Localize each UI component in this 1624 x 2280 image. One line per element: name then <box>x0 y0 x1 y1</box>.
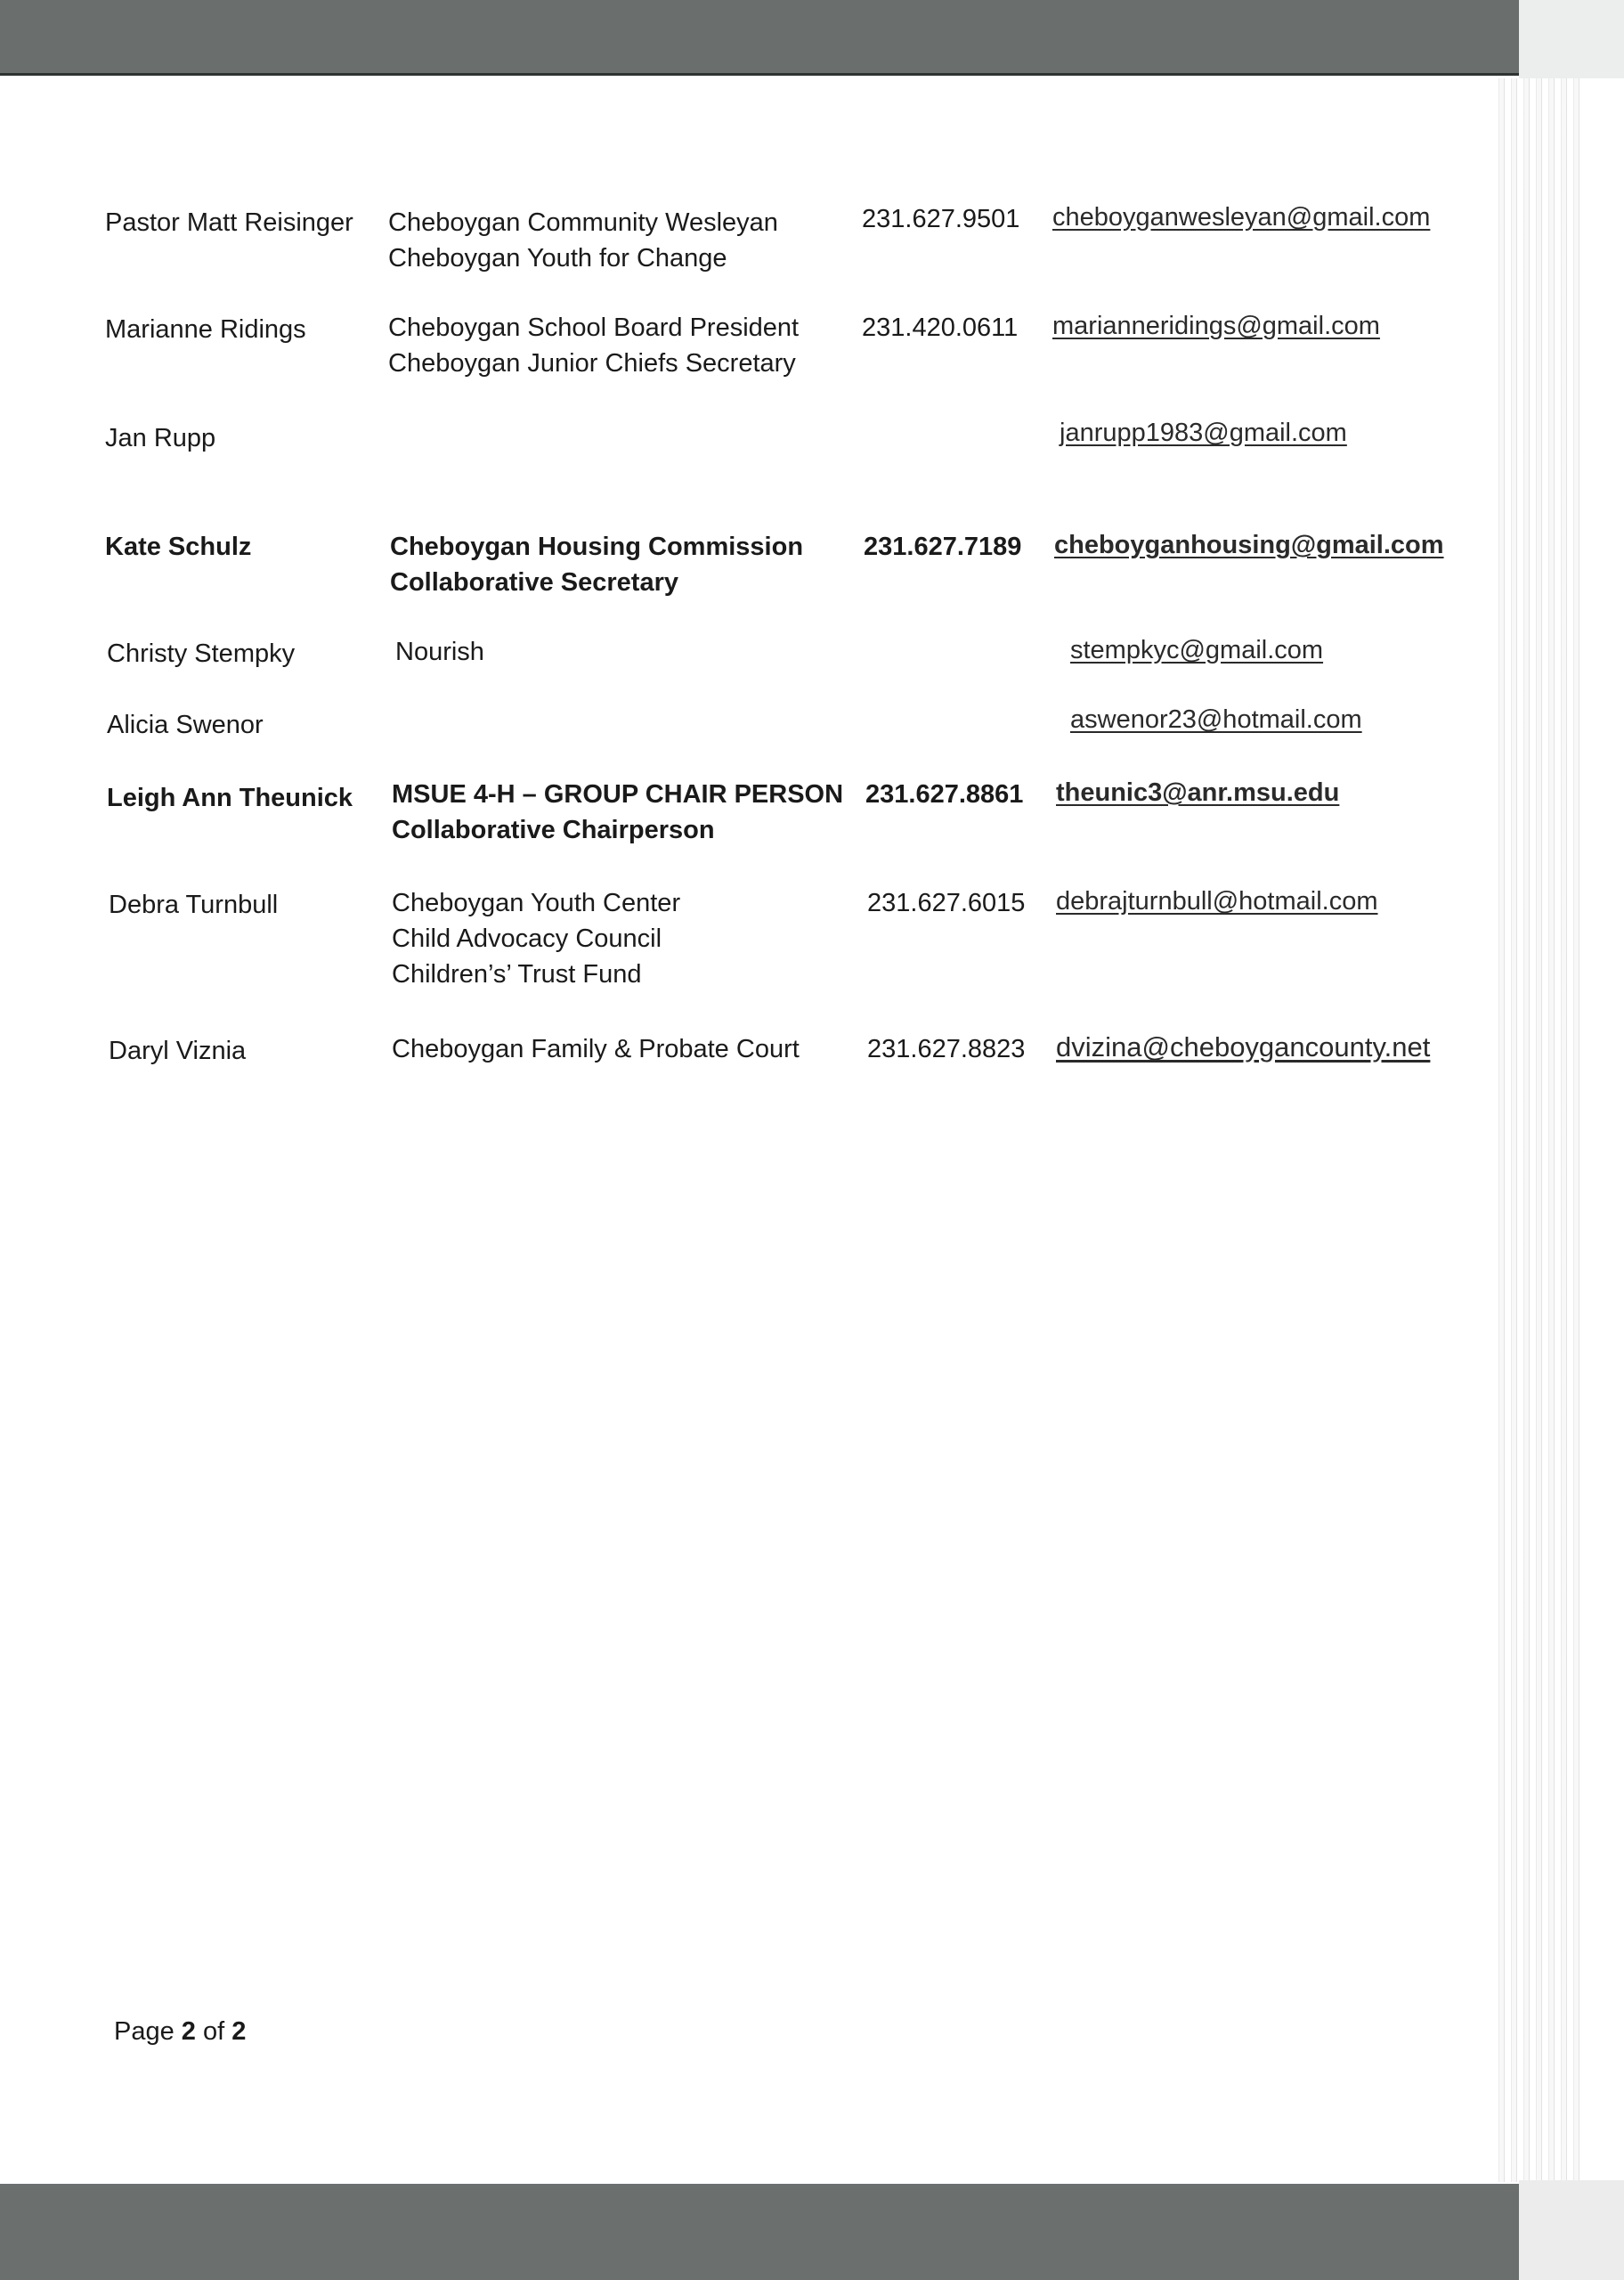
organization: Cheboygan Housing Commission <box>390 529 803 565</box>
contact-email-link[interactable]: dvizina@cheboygancounty.net <box>1056 1030 1430 1065</box>
organization: Children’s’ Trust Fund <box>392 957 680 992</box>
organization: MSUE 4-H – GROUP CHAIR PERSON <box>392 777 843 812</box>
contact-name: Pastor Matt Reisinger <box>105 205 353 240</box>
contact-name: Alicia Swenor <box>107 707 264 743</box>
organization: Cheboygan Family & Probate Court <box>392 1031 800 1067</box>
organization: Collaborative Secretary <box>390 565 803 600</box>
organization: Nourish <box>395 634 484 670</box>
contact-organizations: Nourish <box>395 634 484 670</box>
organization: Cheboygan Youth for Change <box>388 240 778 276</box>
scan-border-top <box>0 0 1519 76</box>
contact-organizations: Cheboygan Youth Center Child Advocacy Co… <box>392 885 680 992</box>
contact-name: Kate Schulz <box>105 529 251 565</box>
contact-phone: 231.627.7189 <box>864 529 1021 565</box>
page-footer: Page 2 of 2 <box>114 2017 246 2047</box>
organization: Cheboygan Community Wesleyan <box>388 205 778 240</box>
contact-organizations: Cheboygan Family & Probate Court <box>392 1031 800 1067</box>
contact-phone: 231.627.6015 <box>867 885 1025 921</box>
organization: Collaborative Chairperson <box>392 812 843 848</box>
contact-phone: 231.627.9501 <box>862 201 1019 237</box>
contact-email-link[interactable]: debrajturnbull@hotmail.com <box>1056 883 1378 919</box>
contact-name: Daryl Viznia <box>109 1033 246 1069</box>
contact-email-link[interactable]: aswenor23@hotmail.com <box>1070 702 1362 737</box>
scan-border-bottom <box>0 2184 1519 2280</box>
of-label: of <box>203 2017 224 2046</box>
current-page-number: 2 <box>182 2017 196 2046</box>
contact-email-link[interactable]: marianneridings@gmail.com <box>1052 308 1380 344</box>
contact-name: Jan Rupp <box>105 420 215 456</box>
contact-phone: 231.420.0611 <box>862 310 1018 346</box>
contact-organizations: MSUE 4-H – GROUP CHAIR PERSON Collaborat… <box>392 777 843 848</box>
contact-name: Marianne Ridings <box>105 312 306 347</box>
contact-name: Debra Turnbull <box>109 887 278 923</box>
contact-name: Christy Stempky <box>107 636 295 672</box>
contact-email-link[interactable]: cheboyganwesleyan@gmail.com <box>1052 199 1430 235</box>
contact-organizations: Cheboygan School Board President Cheboyg… <box>388 310 799 381</box>
contact-email-link[interactable]: janrupp1983@gmail.com <box>1060 415 1347 451</box>
organization: Cheboygan School Board President <box>388 310 799 346</box>
contact-phone: 231.627.8861 <box>865 777 1023 812</box>
scan-border-bottom-right <box>1519 2180 1624 2280</box>
contact-email-link[interactable]: stempkyc@gmail.com <box>1070 632 1323 668</box>
organization: Cheboygan Junior Chiefs Secretary <box>388 346 799 381</box>
organization: Cheboygan Youth Center <box>392 885 680 921</box>
scan-border-top-right <box>1519 0 1624 78</box>
page-label: Page <box>114 2017 175 2046</box>
contact-organizations: Cheboygan Housing Commission Collaborati… <box>390 529 803 600</box>
scan-edge-artifact <box>1496 78 1585 2182</box>
total-pages-number: 2 <box>231 2017 246 2046</box>
contact-phone: 231.627.8823 <box>867 1031 1025 1067</box>
contact-email-link[interactable]: theunic3@anr.msu.edu <box>1056 775 1339 810</box>
contact-name: Leigh Ann Theunick <box>107 780 353 816</box>
contact-organizations: Cheboygan Community Wesleyan Cheboygan Y… <box>388 205 778 276</box>
contact-email-link[interactable]: cheboyganhousing@gmail.com <box>1054 527 1444 563</box>
organization: Child Advocacy Council <box>392 921 680 957</box>
